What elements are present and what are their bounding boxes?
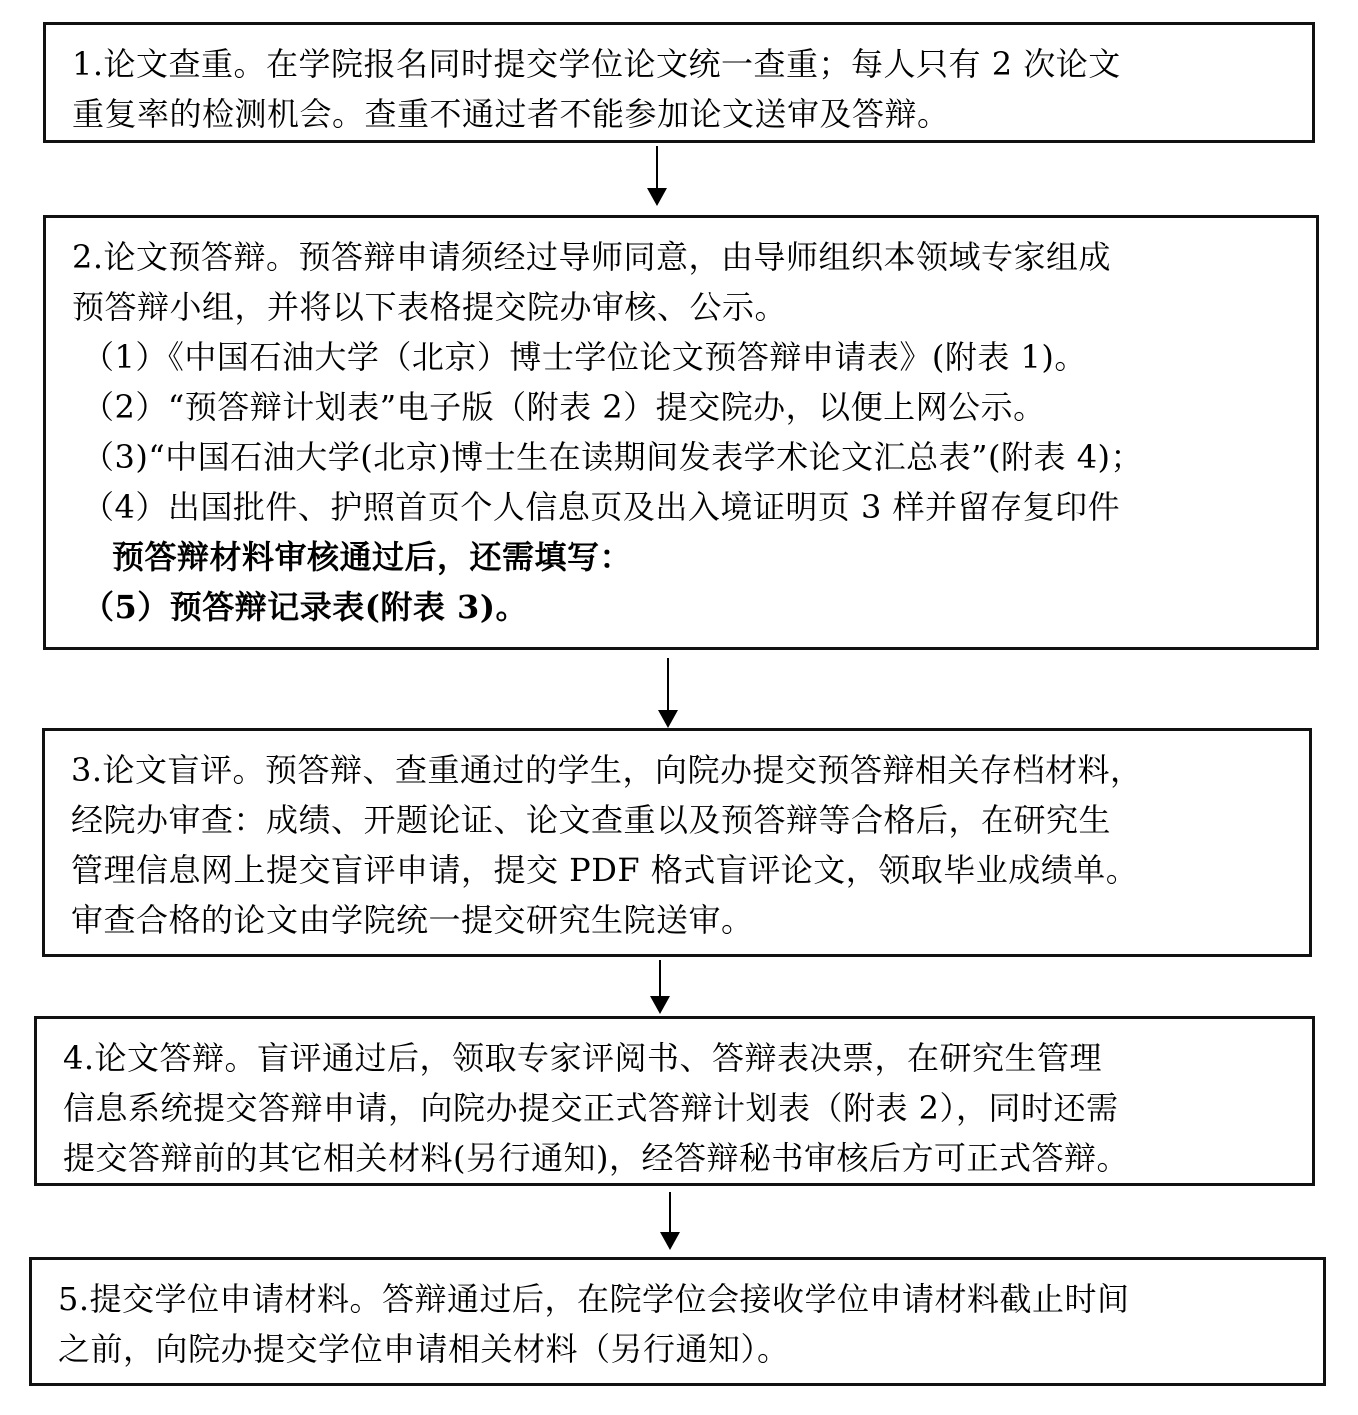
step-2-note: 预答辩材料审核通过后，还需填写： xyxy=(72,532,1294,582)
step-3-box: 3.论文盲评。预答辩、查重通过的学生，向院办提交预答辩相关存档材料， 经院办审查… xyxy=(42,728,1312,957)
step-3-line-1: 3.论文盲评。预答辩、查重通过的学生，向院办提交预答辩相关存档材料， xyxy=(71,745,1287,795)
step-2-item-4: （4）出国批件、护照首页个人信息页及出入境证明页 3 样并留存复印件 xyxy=(72,482,1294,532)
step-2-item-3: （3)“中国石油大学(北京)博士生在读期间发表学术论文汇总表”(附表 4)； xyxy=(72,432,1294,482)
arrow-down-icon xyxy=(647,146,667,206)
step-2-line-2: 预答辩小组，并将以下表格提交院办审核、公示。 xyxy=(72,282,1294,332)
step-5-line-1: 5.提交学位申请材料。答辩通过后，在院学位会接收学位申请材料截止时间 xyxy=(58,1274,1301,1324)
step-1-line-1: 1.论文查重。在学院报名同时提交学位论文统一查重；每人只有 2 次论文 xyxy=(72,39,1290,89)
step-1-box: 1.论文查重。在学院报名同时提交学位论文统一查重；每人只有 2 次论文 重复率的… xyxy=(43,22,1315,143)
step-2-box: 2.论文预答辩。预答辩申请须经过导师同意，由导师组织本领域专家组成 预答辩小组，… xyxy=(43,215,1319,650)
step-4-line-2: 信息系统提交答辩申请，向院办提交正式答辩计划表（附表 2），同时还需 xyxy=(63,1083,1290,1133)
step-2-item-5: （5）预答辩记录表(附表 3)。 xyxy=(72,582,1294,632)
step-1-line-2: 重复率的检测机会。查重不通过者不能参加论文送审及答辩。 xyxy=(72,89,1290,139)
step-3-line-2: 经院办审查：成绩、开题论证、论文查重以及预答辩等合格后，在研究生 xyxy=(71,795,1287,845)
step-5-line-2: 之前，向院办提交学位申请相关材料（另行通知）。 xyxy=(58,1324,1301,1374)
step-4-line-1: 4.论文答辩。盲评通过后，领取专家评阅书、答辩表决票，在研究生管理 xyxy=(63,1033,1290,1083)
step-4-line-3: 提交答辩前的其它相关材料(另行通知)，经答辩秘书审核后方可正式答辩。 xyxy=(63,1133,1290,1183)
step-3-line-4: 审查合格的论文由学院统一提交研究生院送审。 xyxy=(71,895,1287,945)
step-2-line-1: 2.论文预答辩。预答辩申请须经过导师同意，由导师组织本领域专家组成 xyxy=(72,232,1294,282)
step-5-box: 5.提交学位申请材料。答辩通过后，在院学位会接收学位申请材料截止时间 之前，向院… xyxy=(29,1257,1326,1386)
arrow-down-icon xyxy=(658,658,678,728)
step-2-item-2: （2）“预答辩计划表”电子版（附表 2）提交院办，以便上网公示。 xyxy=(72,382,1294,432)
arrow-down-icon xyxy=(660,1192,680,1250)
step-3-line-3: 管理信息网上提交盲评申请，提交 PDF 格式盲评论文，领取毕业成绩单。 xyxy=(71,845,1287,895)
step-4-box: 4.论文答辩。盲评通过后，领取专家评阅书、答辩表决票，在研究生管理 信息系统提交… xyxy=(34,1016,1315,1186)
step-2-item-1: （1）《中国石油大学（北京）博士学位论文预答辩申请表》(附表 1)。 xyxy=(72,332,1294,382)
arrow-down-icon xyxy=(650,960,670,1014)
